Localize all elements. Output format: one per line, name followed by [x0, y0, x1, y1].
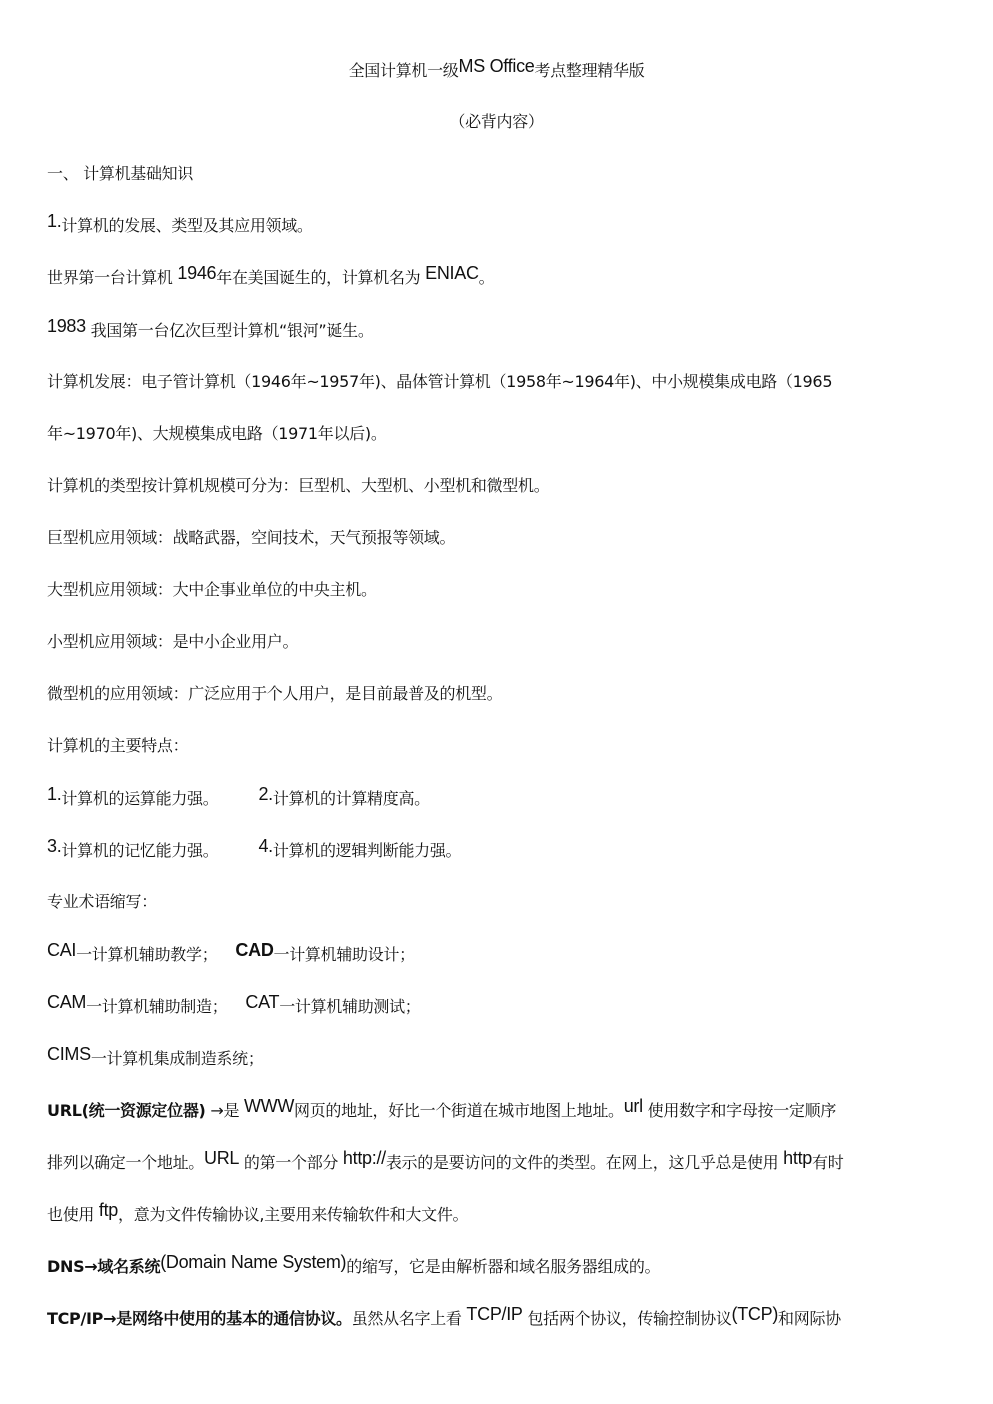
paragraph-microcomputer: 微型机的应用领域：广泛应用于个人用户，是目前最普及的机型。: [47, 682, 502, 706]
text: 也使用: [47, 1205, 94, 1224]
text: 网页的地址，好比一个街道在城市地图上地址。: [294, 1101, 624, 1120]
latin: (Domain Name System): [160, 1252, 346, 1272]
title-text: 全国计算机一级: [349, 61, 459, 80]
text: 的缩写，它是由解析器和域名服务器组成的。: [346, 1257, 660, 1276]
item-heading: 1.计算机的发展、类型及其应用领域。: [47, 213, 313, 238]
text: 我国第一台亿次巨型计算机“银河”诞生。: [91, 321, 374, 340]
terms-heading: 专业术语缩写：: [47, 890, 157, 914]
feature-number: 1.: [47, 784, 61, 804]
text: 世界第一台计算机: [47, 268, 173, 287]
term-bold: DNS→域名系统: [47, 1257, 160, 1276]
text: 表示的是要访问的文件的类型。在网上，这几乎总是使用: [386, 1153, 779, 1172]
text: →是: [206, 1101, 240, 1120]
paragraph-yinhe: 1983 我国第一台亿次巨型计算机“银河”诞生。: [47, 318, 374, 343]
term-abbr: CAD: [235, 940, 273, 960]
term-bold: TCP/IP→是网络中使用的基本的通信协议。: [47, 1309, 352, 1328]
paragraph-url-line1: URL(统一资源定位器) →是 WWW网页的地址，好比一个街道在城市地图上地址。…: [47, 1098, 836, 1123]
text: 有时: [812, 1153, 843, 1172]
feature-text: 计算机的计算精度高。: [273, 789, 430, 808]
item-text: 计算机的发展、类型及其应用领域。: [61, 216, 312, 235]
paragraph-development-line1: 计算机发展：电子管计算机（1946年~1957年)、晶体管计算机（1958年~1…: [47, 370, 832, 394]
text: ，意为文件传输协议,主要用来传输软件和大文件。: [118, 1205, 468, 1224]
term-desc: 一计算机辅助制造；: [86, 997, 227, 1016]
terms-row-1: CAI一计算机辅助教学；CAD一计算机辅助设计；: [47, 942, 415, 967]
paragraph-tcpip: TCP/IP→是网络中使用的基本的通信协议。虽然从名字上看 TCP/IP 包括两…: [47, 1306, 841, 1331]
latin: http://: [343, 1148, 386, 1168]
text: 。: [479, 268, 495, 287]
text: 使用数字和字母按一定顺序: [648, 1101, 836, 1120]
feature-text: 计算机的运算能力强。: [61, 789, 218, 808]
feature-number: 2.: [258, 784, 272, 804]
latin: TCP/IP: [466, 1304, 522, 1324]
paragraph-types: 计算机的类型按计算机规模可分为：巨型机、大型机、小型机和微型机。: [47, 474, 549, 498]
term-desc: 一计算机辅助测试；: [279, 997, 420, 1016]
latin: (TCP): [732, 1304, 779, 1324]
latin: WWW: [244, 1096, 294, 1116]
term-abbr: CAM: [47, 992, 86, 1012]
section-heading: 一、 计算机基础知识: [47, 162, 193, 186]
paragraph-dns: DNS→域名系统(Domain Name System)的缩写，它是由解析器和域…: [47, 1254, 660, 1279]
text: 排列以确定一个地址。: [47, 1153, 204, 1172]
paragraph-eniac: 世界第一台计算机 1946年在美国诞生的，计算机名为 ENIAC。: [47, 265, 494, 290]
text: 的第一个部分: [244, 1153, 338, 1172]
feature-number: 4.: [258, 836, 272, 856]
term-abbr: CAT: [245, 992, 279, 1012]
title-text-2: 考点整理精华版: [535, 61, 645, 80]
paragraph-supercomputer: 巨型机应用领域：战略武器，空间技术，天气预报等领域。: [47, 526, 455, 550]
paragraph-development-line2: 年~1970年)、大规模集成电路（1971年以后)。: [47, 422, 387, 446]
features-row-1: 1.计算机的运算能力强。2.计算机的计算精度高。: [47, 786, 430, 811]
paragraph-url-line2: 排列以确定一个地址。URL 的第一个部分 http://表示的是要访问的文件的类…: [47, 1150, 843, 1175]
text: 包括两个协议，传输控制协议: [527, 1309, 731, 1328]
doc-title: 全国计算机一级MS Office考点整理精华版: [0, 58, 993, 83]
document-page: 全国计算机一级MS Office考点整理精华版 （必背内容） 一、 计算机基础知…: [0, 0, 993, 1404]
feature-text: 计算机的逻辑判断能力强。: [273, 841, 461, 860]
latin: http: [783, 1148, 812, 1168]
year: 1983: [47, 316, 86, 336]
terms-row-3: CIMS一计算机集成制造系统；: [47, 1046, 264, 1071]
title-latin: MS Office: [459, 56, 535, 76]
term-bold: URL(统一资源定位器): [47, 1101, 206, 1120]
latin: url: [624, 1096, 643, 1116]
terms-row-2: CAM一计算机辅助制造；CAT一计算机辅助测试；: [47, 994, 421, 1019]
feature-text: 计算机的记忆能力强。: [61, 841, 218, 860]
features-heading: 计算机的主要特点：: [47, 734, 188, 758]
term-desc: 一计算机辅助设计；: [274, 945, 415, 964]
text: 和网际协: [778, 1309, 841, 1328]
text: 虽然从名字上看: [352, 1309, 462, 1328]
term-desc: 一计算机集成制造系统；: [91, 1049, 264, 1068]
feature-number: 3.: [47, 836, 61, 856]
computer-name: ENIAC: [425, 263, 479, 283]
paragraph-minicomputer: 小型机应用领域：是中小企业用户。: [47, 630, 298, 654]
year: 1946: [177, 263, 216, 283]
text: 年在美国诞生的，计算机名为: [216, 268, 420, 287]
term-abbr: CIMS: [47, 1044, 91, 1064]
paragraph-mainframe: 大型机应用领域：大中企事业单位的中央主机。: [47, 578, 377, 602]
latin: URL: [204, 1148, 239, 1168]
doc-subtitle: （必背内容）: [0, 110, 993, 134]
features-row-2: 3.计算机的记忆能力强。4.计算机的逻辑判断能力强。: [47, 838, 461, 863]
item-number: 1.: [47, 211, 61, 231]
term-abbr: CAI: [47, 940, 76, 960]
paragraph-url-line3: 也使用 ftp，意为文件传输协议,主要用来传输软件和大文件。: [47, 1202, 468, 1227]
term-desc: 一计算机辅助教学；: [76, 945, 217, 964]
latin: ftp: [99, 1200, 118, 1220]
